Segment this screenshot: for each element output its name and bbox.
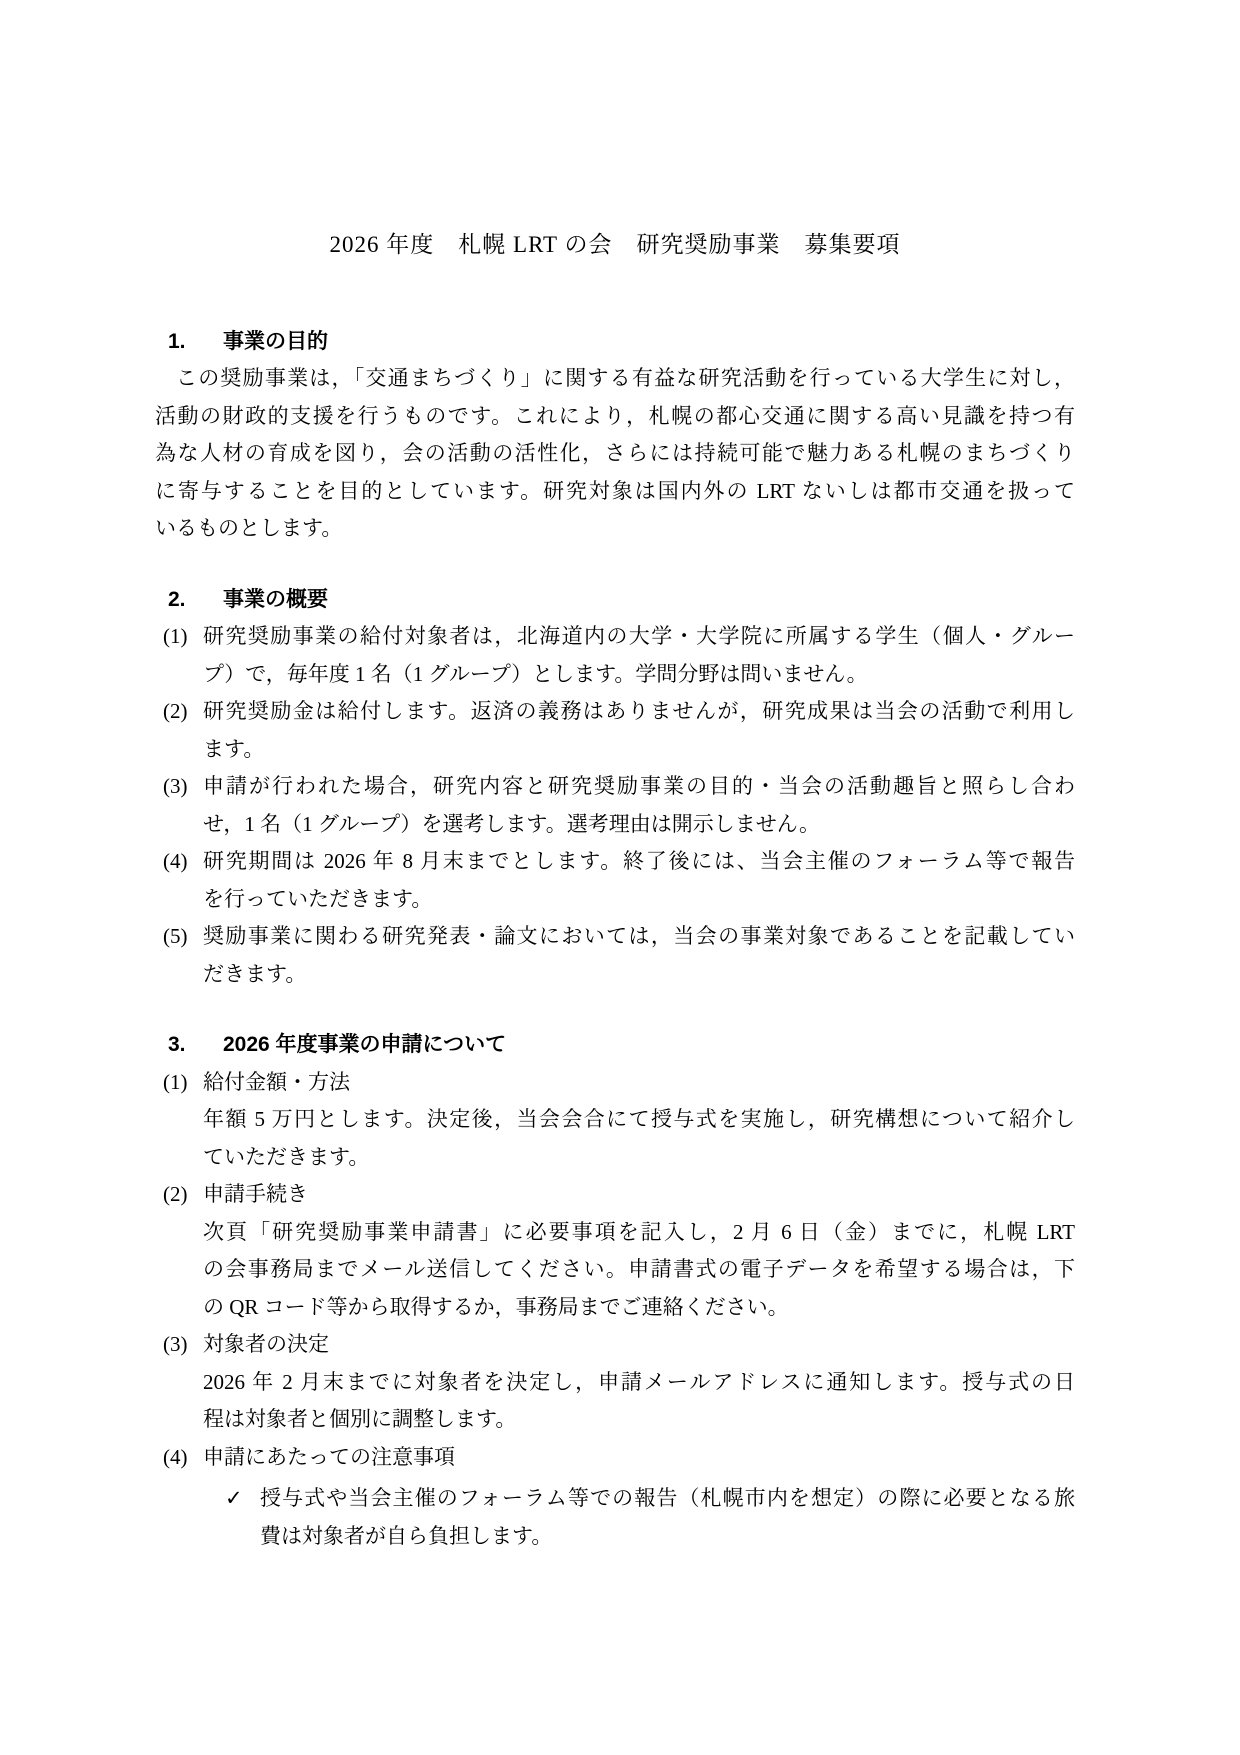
section-3-list: (1) 給付金額・方法 年額 5 万円とします。決定後，当会会合にて授与式を実施…: [155, 1064, 1075, 1556]
list-item-marker: (1): [163, 1064, 203, 1102]
list-item-marker: (3): [163, 1326, 203, 1364]
text-line: 2026 年 2 月末までに対象者を決定し，申請メールアドレスに通知します。授与…: [203, 1364, 1075, 1402]
sub-item-title: 対象者の決定: [203, 1326, 1075, 1364]
text-line: プ）で，毎年度 1 名（1 グループ）とします。学問分野は問いません。: [203, 656, 1075, 694]
text-line: 申請が行われた場合，研究内容と研究奨励事業の目的・当会の活動趣旨と照らし合わ: [203, 768, 1075, 806]
text-line: 研究奨励事業の給付対象者は，北海道内の大学・大学院に所属する学生（個人・グルー: [203, 618, 1075, 656]
list-item-text: 申請が行われた場合，研究内容と研究奨励事業の目的・当会の活動趣旨と照らし合わせ，…: [203, 768, 1075, 843]
sub-item-body: 2026 年 2 月末までに対象者を決定し，申請メールアドレスに通知します。授与…: [203, 1364, 1075, 1439]
text-line: 奨励事業に関わる研究発表・論文においては，当会の事業対象であることを記載してい: [203, 918, 1075, 956]
text-line: を行っていただきます。: [203, 881, 1075, 919]
section-1-paragraph: この奨励事業は，「交通まちづくり」に関する有益な研究活動を行っている大学生に対し…: [155, 360, 1075, 548]
section-1-heading-text: 事業の目的: [223, 330, 328, 353]
text-line: いるものとします。: [155, 510, 1075, 548]
list-item: (3) 申請が行われた場合，研究内容と研究奨励事業の目的・当会の活動趣旨と照らし…: [155, 768, 1075, 843]
text-line: せ，1 名（1 グループ）を選考します。選考理由は開示しません。: [203, 806, 1075, 844]
checkmark-icon: ✓: [225, 1480, 243, 1518]
text-line: 年額 5 万円とします。決定後，当会会合にて授与式を実施し，研究構想について紹介…: [203, 1101, 1075, 1139]
text-line: 程は対象者と個別に調整します。: [203, 1401, 1075, 1439]
list-item: (1) 研究奨励事業の給付対象者は，北海道内の大学・大学院に所属する学生（個人・…: [155, 618, 1075, 693]
text-line: の QR コード等から取得するか，事務局までご連絡ください。: [203, 1289, 1075, 1327]
text-line: この奨励事業は，「交通まちづくり」に関する有益な研究活動を行っている大学生に対し…: [155, 360, 1075, 398]
list-item-text: 研究期間は 2026 年 8 月末までとします。終了後には、当会主催のフォーラム…: [203, 843, 1075, 918]
sub-item-body: 次頁「研究奨励事業申請書」に必要事項を記入し，2 月 6 日（金）までに，札幌 …: [203, 1214, 1075, 1327]
list-item: (3) 対象者の決定 2026 年 2 月末までに対象者を決定し，申請メールアド…: [155, 1326, 1075, 1439]
list-item: (2) 研究奨励金は給付します。返済の義務はありませんが，研究成果は当会の活動で…: [155, 693, 1075, 768]
list-item-marker: (2): [163, 1176, 203, 1214]
text-line: ていただきます。: [203, 1139, 1075, 1177]
list-item-marker: (3): [163, 768, 203, 806]
section-2-number: 2.: [155, 581, 223, 619]
section-3-heading-text: 2026 年度事業の申請について: [223, 1033, 506, 1056]
list-item-text: 研究奨励金は給付します。返済の義務はありませんが，研究成果は当会の活動で利用しま…: [203, 693, 1075, 768]
text-line: 為な人材の育成を図り，会の活動の活性化，さらには持続可能で魅力ある札幌のまちづく…: [155, 435, 1075, 473]
section-2-heading: 2.事業の概要: [155, 581, 1075, 619]
list-item: (2) 申請手続き 次頁「研究奨励事業申請書」に必要事項を記入し，2 月 6 日…: [155, 1176, 1075, 1326]
list-item-marker: (1): [163, 618, 203, 656]
sub-item-body: 年額 5 万円とします。決定後，当会会合にて授与式を実施し，研究構想について紹介…: [203, 1101, 1075, 1176]
document-title: 2026 年度 札幌 LRT の会 研究奨励事業 募集要項: [155, 226, 1075, 264]
note-check-item: ✓ 授与式や当会主催のフォーラム等での報告（札幌市内を想定）の際に必要となる旅費…: [203, 1480, 1075, 1555]
text-line: 研究期間は 2026 年 8 月末までとします。終了後には、当会主催のフォーラム…: [203, 843, 1075, 881]
section-3-heading: 3.2026 年度事業の申請について: [155, 1026, 1075, 1064]
text-line: 授与式や当会主催のフォーラム等での報告（札幌市内を想定）の際に必要となる旅: [260, 1480, 1075, 1518]
list-item: (1) 給付金額・方法 年額 5 万円とします。決定後，当会会合にて授与式を実施…: [155, 1064, 1075, 1177]
note-check-text: 授与式や当会主催のフォーラム等での報告（札幌市内を想定）の際に必要となる旅費は対…: [260, 1480, 1075, 1555]
section-overview: 2.事業の概要 (1) 研究奨励事業の給付対象者は，北海道内の大学・大学院に所属…: [155, 581, 1075, 994]
section-1-heading: 1.事業の目的: [155, 323, 1075, 361]
list-item-marker: (2): [163, 693, 203, 731]
sub-item-title: 給付金額・方法: [203, 1064, 1075, 1102]
text-line: だきます。: [203, 956, 1075, 994]
list-item-marker: (4): [163, 1439, 203, 1477]
text-line: ます。: [203, 731, 1075, 769]
section-purpose: 1.事業の目的 この奨励事業は，「交通まちづくり」に関する有益な研究活動を行って…: [155, 323, 1075, 548]
section-application: 3.2026 年度事業の申請について (1) 給付金額・方法 年額 5 万円とし…: [155, 1026, 1075, 1555]
text-line: 活動の財政的支援を行うものです。これにより，札幌の都心交通に関する高い見識を持つ…: [155, 398, 1075, 436]
sub-item-title: 申請にあたっての注意事項: [203, 1439, 1075, 1477]
section-3-number: 3.: [155, 1026, 223, 1064]
list-item-text: 奨励事業に関わる研究発表・論文においては，当会の事業対象であることを記載していだ…: [203, 918, 1075, 993]
section-2-list: (1) 研究奨励事業の給付対象者は，北海道内の大学・大学院に所属する学生（個人・…: [155, 618, 1075, 993]
document-page: 2026 年度 札幌 LRT の会 研究奨励事業 募集要項 1.事業の目的 この…: [0, 0, 1240, 1755]
sub-item-title: 申請手続き: [203, 1176, 1075, 1214]
section-2-heading-text: 事業の概要: [223, 588, 328, 611]
list-item-text: 研究奨励事業の給付対象者は，北海道内の大学・大学院に所属する学生（個人・グループ…: [203, 618, 1075, 693]
text-line: 研究奨励金は給付します。返済の義務はありませんが，研究成果は当会の活動で利用し: [203, 693, 1075, 731]
list-item: (5) 奨励事業に関わる研究発表・論文においては，当会の事業対象であることを記載…: [155, 918, 1075, 993]
text-line: に寄与することを目的としています。研究対象は国内外の LRT ないしは都市交通を…: [155, 473, 1075, 511]
list-item-marker: (5): [163, 918, 203, 956]
text-line: 費は対象者が自ら負担します。: [260, 1518, 1075, 1556]
list-item-marker: (4): [163, 843, 203, 881]
text-line: の会事務局までメール送信してください。申請書式の電子データを希望する場合は，下: [203, 1251, 1075, 1289]
list-item: (4) 申請にあたっての注意事項 ✓ 授与式や当会主催のフォーラム等での報告（札…: [155, 1439, 1075, 1556]
list-item: (4) 研究期間は 2026 年 8 月末までとします。終了後には、当会主催のフ…: [155, 843, 1075, 918]
section-1-number: 1.: [155, 323, 223, 361]
text-line: 次頁「研究奨励事業申請書」に必要事項を記入し，2 月 6 日（金）までに，札幌 …: [203, 1214, 1075, 1252]
